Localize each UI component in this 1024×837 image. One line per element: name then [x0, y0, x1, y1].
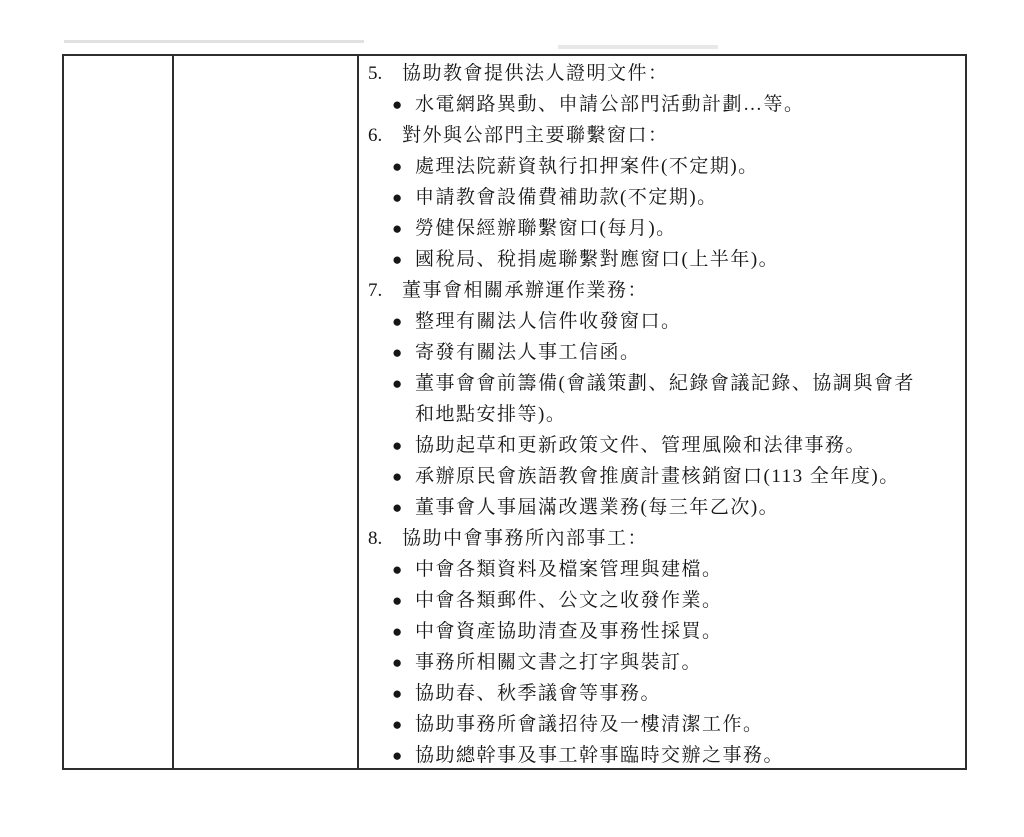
- task-bullet-list: ●中會各類資料及檔案管理與建檔。●中會各類郵件、公文之收發作業。●中會資產協助清…: [359, 554, 931, 768]
- bullet-icon: ●: [392, 492, 415, 523]
- bullet-icon: ●: [392, 740, 415, 768]
- task-bullet: ●申請教會設備費補助款(不定期)。: [359, 182, 931, 213]
- scan-artifact-line: [64, 40, 364, 43]
- task-item-number: 7.: [359, 275, 402, 306]
- task-bullet: ●國稅局、稅捐處聯繫對應窗口(上半年)。: [359, 244, 931, 275]
- bullet-icon: ●: [392, 337, 415, 368]
- task-item: 6. 對外與公部門主要聯繫窗口： ●處理法院薪資執行扣押案件(不定期)。●申請教…: [359, 120, 931, 275]
- task-bullet-text: 事務所相關文書之打字與裝訂。: [415, 652, 702, 673]
- task-item: 8. 協助中會事務所內部事工： ●中會各類資料及檔案管理與建檔。●中會各類郵件、…: [359, 523, 931, 768]
- task-item-heading: 對外與公部門主要聯繫窗口：: [402, 120, 931, 151]
- task-bullet: ●中會各類資料及檔案管理與建檔。: [359, 554, 931, 585]
- bullet-icon: ●: [392, 89, 415, 120]
- task-bullet-list: ●處理法院薪資執行扣押案件(不定期)。●申請教會設備費補助款(不定期)。●勞健保…: [359, 151, 931, 275]
- document-page: 5. 協助教會提供法人證明文件： ●水電網路異動、申請公部門活動計劃…等。 6.…: [0, 0, 1024, 837]
- task-bullet-text: 協助春、秋季議會等事務。: [415, 683, 661, 704]
- task-bullet: ●協助事務所會議招待及一樓清潔工作。: [359, 709, 931, 740]
- task-item-title-row: 7. 董事會相關承辦運作業務：: [359, 275, 931, 306]
- task-bullet: ●整理有關法人信件收發窗口。: [359, 306, 931, 337]
- bullet-icon: ●: [392, 244, 415, 275]
- bullet-icon: ●: [392, 616, 415, 647]
- task-item-number: 5.: [359, 58, 402, 89]
- bullet-icon: ●: [392, 709, 415, 740]
- task-bullet-text: 水電網路異動、申請公部門活動計劃…等。: [415, 94, 805, 115]
- task-item-number: 6.: [359, 120, 402, 151]
- table-cell-empty-left: [64, 56, 174, 768]
- task-bullet: ●中會各類郵件、公文之收發作業。: [359, 585, 931, 616]
- tasks-table: 5. 協助教會提供法人證明文件： ●水電網路異動、申請公部門活動計劃…等。 6.…: [62, 54, 967, 770]
- task-item-heading: 董事會相關承辦運作業務：: [402, 275, 931, 306]
- task-bullet-text: 董事會會前籌備(會議策劃、紀錄會議記錄、協調與會者和地點安排等)。: [415, 373, 915, 425]
- task-bullet: ●處理法院薪資執行扣押案件(不定期)。: [359, 151, 931, 182]
- bullet-icon: ●: [392, 430, 415, 461]
- task-bullet-text: 申請教會設備費補助款(不定期)。: [415, 187, 718, 208]
- task-bullet-list: ●水電網路異動、申請公部門活動計劃…等。: [359, 89, 931, 120]
- task-bullet: ●協助起草和更新政策文件、管理風險和法律事務。: [359, 430, 931, 461]
- task-item: 5. 協助教會提供法人證明文件： ●水電網路異動、申請公部門活動計劃…等。: [359, 58, 931, 120]
- bullet-icon: ●: [392, 461, 415, 492]
- bullet-icon: ●: [392, 306, 415, 337]
- task-bullet: ●董事會會前籌備(會議策劃、紀錄會議記錄、協調與會者和地點安排等)。: [359, 368, 931, 430]
- scan-artifact-smudge: [558, 45, 718, 49]
- task-list: 5. 協助教會提供法人證明文件： ●水電網路異動、申請公部門活動計劃…等。 6.…: [359, 58, 931, 768]
- bullet-icon: ●: [392, 678, 415, 709]
- task-bullet: ●協助春、秋季議會等事務。: [359, 678, 931, 709]
- bullet-icon: ●: [392, 554, 415, 585]
- task-item-title-row: 6. 對外與公部門主要聯繫窗口：: [359, 120, 931, 151]
- task-bullet-text: 協助起草和更新政策文件、管理風險和法律事務。: [415, 435, 866, 456]
- task-bullet-text: 中會各類資料及檔案管理與建檔。: [415, 559, 723, 580]
- table-cell-task-content: 5. 協助教會提供法人證明文件： ●水電網路異動、申請公部門活動計劃…等。 6.…: [359, 56, 965, 768]
- task-bullet-text: 中會各類郵件、公文之收發作業。: [415, 590, 723, 611]
- task-bullet-text: 整理有關法人信件收發窗口。: [415, 311, 682, 332]
- bullet-icon: ●: [392, 647, 415, 678]
- bullet-icon: ●: [392, 368, 415, 399]
- task-bullet-list: ●整理有關法人信件收發窗口。●寄發有關法人事工信函。●董事會會前籌備(會議策劃、…: [359, 306, 931, 523]
- task-bullet-text: 協助事務所會議招待及一樓清潔工作。: [415, 714, 764, 735]
- task-bullet: ●董事會人事屆滿改選業務(每三年乙次)。: [359, 492, 931, 523]
- task-bullet: ●寄發有關法人事工信函。: [359, 337, 931, 368]
- task-bullet: ●水電網路異動、申請公部門活動計劃…等。: [359, 89, 931, 120]
- task-item-title-row: 5. 協助教會提供法人證明文件：: [359, 58, 931, 89]
- task-item-number: 8.: [359, 523, 402, 554]
- table-cell-empty-middle: [174, 56, 359, 768]
- bullet-icon: ●: [392, 151, 415, 182]
- task-bullet-text: 處理法院薪資執行扣押案件(不定期)。: [415, 156, 759, 177]
- task-bullet: ●協助總幹事及事工幹事臨時交辦之事務。: [359, 740, 931, 768]
- task-bullet: ●承辦原民會族語教會推廣計畫核銷窗口(113 全年度)。: [359, 461, 931, 492]
- bullet-icon: ●: [392, 182, 415, 213]
- task-bullet-text: 寄發有關法人事工信函。: [415, 342, 641, 363]
- task-bullet-text: 中會資產協助清查及事務性採買。: [415, 621, 723, 642]
- task-item-heading: 協助中會事務所內部事工：: [402, 523, 931, 554]
- task-bullet: ●勞健保經辦聯繫窗口(每月)。: [359, 213, 931, 244]
- task-item: 7. 董事會相關承辦運作業務： ●整理有關法人信件收發窗口。●寄發有關法人事工信…: [359, 275, 931, 523]
- task-bullet-text: 國稅局、稅捐處聯繫對應窗口(上半年)。: [415, 249, 779, 270]
- task-bullet: ●中會資產協助清查及事務性採買。: [359, 616, 931, 647]
- task-bullet: ●事務所相關文書之打字與裝訂。: [359, 647, 931, 678]
- bullet-icon: ●: [392, 213, 415, 244]
- task-bullet-text: 承辦原民會族語教會推廣計畫核銷窗口(113 全年度)。: [415, 466, 900, 487]
- task-item-heading: 協助教會提供法人證明文件：: [402, 58, 931, 89]
- task-item-title-row: 8. 協助中會事務所內部事工：: [359, 523, 931, 554]
- bullet-icon: ●: [392, 585, 415, 616]
- task-bullet-text: 協助總幹事及事工幹事臨時交辦之事務。: [415, 745, 784, 766]
- task-bullet-text: 勞健保經辦聯繫窗口(每月)。: [415, 218, 677, 239]
- task-bullet-text: 董事會人事屆滿改選業務(每三年乙次)。: [415, 497, 779, 518]
